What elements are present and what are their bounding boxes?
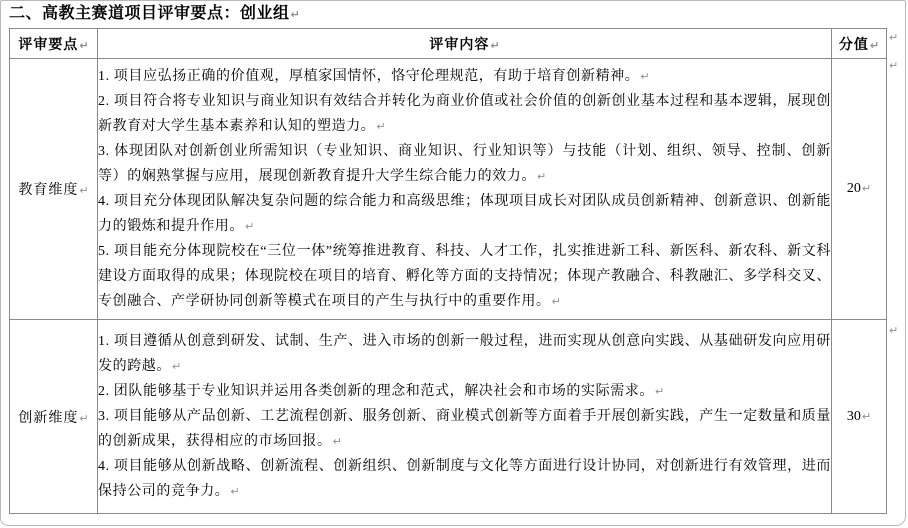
paragraph-mark-icon: ↵ <box>862 410 871 423</box>
header-score-label: 分值 <box>839 36 869 52</box>
paragraph-mark-icon: ↵ <box>537 170 546 183</box>
header-content-label: 评审内容 <box>429 36 489 52</box>
content-cell-innovation: 1. 项目遵循从创意到研发、试制、生产、进入市场的创新一般过程，进而实现从创意向… <box>98 320 832 514</box>
content-item-text: 2. 团队能够基于专业知识并运用各类创新的理念和范式，解决社会和市场的实际需求。 <box>98 384 654 399</box>
paragraph-mark-icon: ↵ <box>291 8 300 21</box>
paragraph-mark-icon: ↵ <box>376 120 385 133</box>
content-item: 3. 项目能够从产品创新、工艺流程创新、服务创新、商业模式创新等方面着手开展创新… <box>98 404 831 454</box>
content-item: 4. 项目充分体现团队解决复杂问题的综合能力和高级思维；体现项目成长对团队成员创… <box>98 189 831 239</box>
row-end-mark-icon: ↵ <box>889 324 898 337</box>
paragraph-mark-icon: ↵ <box>640 70 649 83</box>
content-cell-education: 1. 项目应弘扬正确的价值观，厚植家国情怀，恪守伦理规范，有助于培育创新精神。↵… <box>98 59 832 320</box>
paragraph-mark-icon: ↵ <box>230 485 239 498</box>
paragraph-mark-icon: ↵ <box>79 39 88 52</box>
content-item-text: 3. 体现团队对创新创业所需知识（专业知识、商业知识、行业知识等）与技能（计划、… <box>98 144 831 184</box>
table-row-innovation: 创新维度↵ 1. 项目遵循从创意到研发、试制、生产、进入市场的创新一般过程，进而… <box>10 320 887 514</box>
row-end-mark-icon: ↵ <box>889 31 898 44</box>
content-item-text: 1. 项目遵循从创意到研发、试制、生产、进入市场的创新一般过程，进而实现从创意向… <box>98 334 831 374</box>
content-item-text: 4. 项目能够从创新战略、创新流程、创新组织、创新制度与文化等方面进行设计协同，… <box>98 459 831 499</box>
content-item: 1. 项目遵循从创意到研发、试制、生产、进入市场的创新一般过程，进而实现从创意向… <box>98 329 831 379</box>
content-item-text: 4. 项目充分体现团队解决复杂问题的综合能力和高级思维；体现项目成长对团队成员创… <box>98 194 831 234</box>
paragraph-mark-icon: ↵ <box>79 412 88 425</box>
content-item: 2. 项目符合将专业知识与商业知识有效结合并转化为商业价值或社会价值的创新创业基… <box>98 89 831 139</box>
paragraph-mark-icon: ↵ <box>870 39 879 52</box>
paragraph-mark-icon: ↵ <box>172 360 181 373</box>
content-item: 5. 项目能充分体现院校在“三位一体”统筹推进教育、科技、人才工作，扎实推进新工… <box>98 239 831 314</box>
paragraph-mark-icon: ↵ <box>862 182 871 195</box>
dimension-cell-education: 教育维度↵ <box>10 59 98 320</box>
header-cell-score: 分值↵ <box>832 29 887 59</box>
table-row-education: 教育维度↵ 1. 项目应弘扬正确的价值观，厚植家国情怀，恪守伦理规范，有助于培育… <box>10 59 887 320</box>
document-title-text: 二、高教主赛道项目评审要点：创业组 <box>9 5 290 22</box>
row-end-mark-icon: ↵ <box>889 59 898 72</box>
paragraph-mark-icon: ↵ <box>655 385 664 398</box>
header-cell-content: 评审内容↵ <box>98 29 832 59</box>
content-item: 2. 团队能够基于专业知识并运用各类创新的理念和范式，解决社会和市场的实际需求。… <box>98 379 831 404</box>
dimension-cell-innovation: 创新维度↵ <box>10 320 98 514</box>
paragraph-mark-icon: ↵ <box>245 220 254 233</box>
dimension-label: 教育维度 <box>18 183 78 198</box>
score-cell-education: 20↵ <box>832 59 887 320</box>
paragraph-mark-icon: ↵ <box>79 184 88 197</box>
content-item-text: 1. 项目应弘扬正确的价值观，厚植家国情怀，恪守伦理规范，有助于培育创新精神。 <box>98 69 639 84</box>
paragraph-mark-icon: ↵ <box>552 295 561 308</box>
content-item-text: 3. 项目能够从产品创新、工艺流程创新、服务创新、商业模式创新等方面着手开展创新… <box>98 409 831 449</box>
score-value: 30 <box>847 409 861 424</box>
content-item-text: 5. 项目能充分体现院校在“三位一体”统筹推进教育、科技、人才工作，扎实推进新工… <box>98 244 831 309</box>
review-table: 评审要点↵ 评审内容↵ 分值↵ 教育维度↵ 1. 项目应弘扬正确的价值观，厚植家… <box>9 28 887 514</box>
document-title: 二、高教主赛道项目评审要点：创业组↵ <box>9 2 300 27</box>
score-cell-innovation: 30↵ <box>832 320 887 514</box>
dimension-label: 创新维度 <box>18 411 78 426</box>
content-item: 1. 项目应弘扬正确的价值观，厚植家国情怀，恪守伦理规范，有助于培育创新精神。↵ <box>98 64 831 89</box>
header-cell-criteria: 评审要点↵ <box>10 29 98 59</box>
score-value: 20 <box>847 181 861 196</box>
content-item: 4. 项目能够从创新战略、创新流程、创新组织、创新制度与文化等方面进行设计协同，… <box>98 454 831 504</box>
document-page: 二、高教主赛道项目评审要点：创业组↵ 评审要点↵ 评审内容↵ 分值↵ 教育维度↵… <box>0 0 906 526</box>
table-header-row: 评审要点↵ 评审内容↵ 分值↵ <box>10 29 887 59</box>
content-item-text: 2. 项目符合将专业知识与商业知识有效结合并转化为商业价值或社会价值的创新创业基… <box>98 94 831 134</box>
header-criteria-label: 评审要点 <box>18 36 78 52</box>
content-item: 3. 体现团队对创新创业所需知识（专业知识、商业知识、行业知识等）与技能（计划、… <box>98 139 831 189</box>
paragraph-mark-icon: ↵ <box>490 39 499 52</box>
paragraph-mark-icon: ↵ <box>333 435 342 448</box>
